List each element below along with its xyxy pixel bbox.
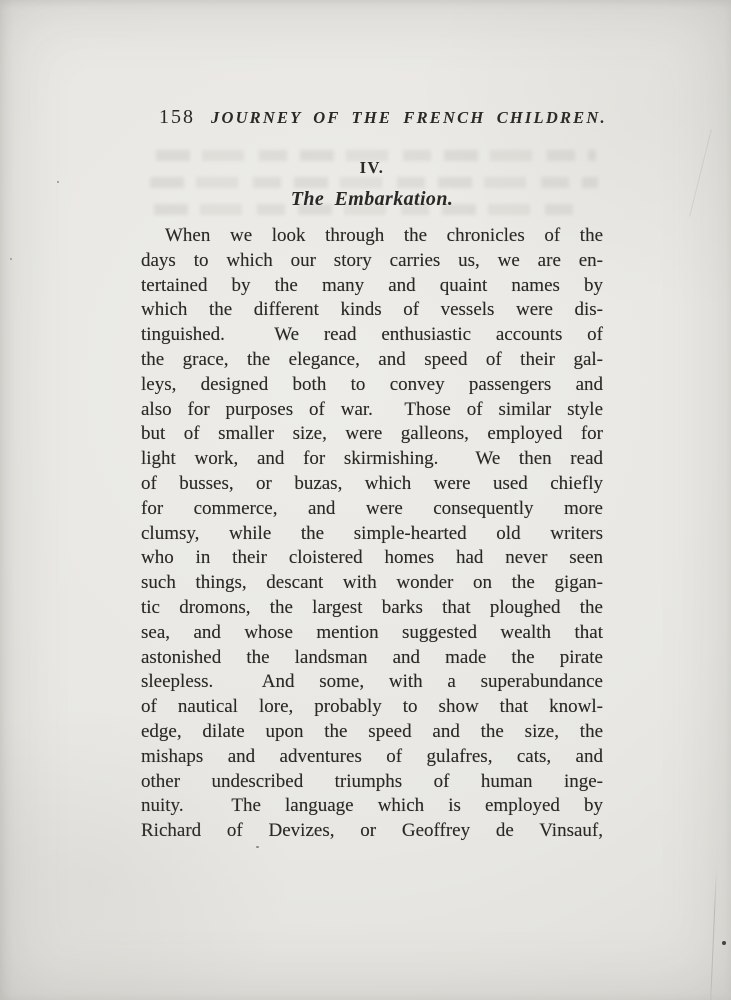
text-line: tertained by the many and quaint names b… bbox=[141, 274, 603, 299]
body-text: When we look through the chronicles of t… bbox=[141, 224, 603, 844]
text-line: leys, designed both to convey passengers… bbox=[141, 373, 603, 398]
text-line: also for purposes of war. Those of simil… bbox=[141, 398, 603, 423]
scan-scratch bbox=[689, 129, 712, 217]
text-line: clumsy, while the simple-hearted old wri… bbox=[141, 522, 603, 547]
text-line: astonished the landsman and made the pir… bbox=[141, 646, 603, 671]
scan-speck bbox=[256, 846, 259, 848]
text-line: for commerce, and were consequently more bbox=[141, 497, 603, 522]
text-line: who in their cloistered homes had never … bbox=[141, 546, 603, 571]
running-head-title: JOURNEY OF THE FRENCH CHILDREN. bbox=[211, 108, 607, 128]
text-line: edge, dilate upon the speed and the size… bbox=[141, 720, 603, 745]
text-line: other undescribed triumphs of human inge… bbox=[141, 770, 603, 795]
text-line: the grace, the elegance, and speed of th… bbox=[141, 348, 603, 373]
text-line: days to which our story carries us, we a… bbox=[141, 249, 603, 274]
running-head: 158 JOURNEY OF THE FRENCH CHILDREN. bbox=[141, 106, 603, 129]
scan-speck bbox=[722, 941, 726, 945]
page-number: 158 bbox=[141, 106, 195, 129]
text-line: which the different kinds of vessels wer… bbox=[141, 298, 603, 323]
show-through-line bbox=[150, 177, 598, 188]
text-line: mishaps and adventures of gulafres, cats… bbox=[141, 745, 603, 770]
text-line: of nautical lore, probably to show that … bbox=[141, 695, 603, 720]
text-line: When we look through the chronicles of t… bbox=[141, 224, 603, 249]
scanned-book-page: 158 JOURNEY OF THE FRENCH CHILDREN. IV. … bbox=[0, 0, 731, 1000]
scan-speck bbox=[10, 258, 12, 260]
page-edge bbox=[710, 866, 717, 1000]
text-line: sea, and whose mention suggested wealth … bbox=[141, 621, 603, 646]
text-line: but of smaller size, were galleons, empl… bbox=[141, 422, 603, 447]
text-line: nuity. The language which is employed by bbox=[141, 794, 603, 819]
text-line: tic dromons, the largest barks that plou… bbox=[141, 596, 603, 621]
text-line: of busses, or buzas, which were used chi… bbox=[141, 472, 603, 497]
text-line: tinguished. We read enthusiastic account… bbox=[141, 323, 603, 348]
text-line: such things, descant with wonder on the … bbox=[141, 571, 603, 596]
text-line: light work, and for skirmishing. We then… bbox=[141, 447, 603, 472]
chapter-number: IV. bbox=[141, 158, 603, 178]
text-line: Richard of Devizes, or Geoffrey de Vinsa… bbox=[141, 819, 603, 844]
scan-speck bbox=[57, 181, 59, 183]
text-line: sleepless. And some, with a superabundan… bbox=[141, 670, 603, 695]
chapter-title: The Embarkation. bbox=[141, 188, 603, 211]
